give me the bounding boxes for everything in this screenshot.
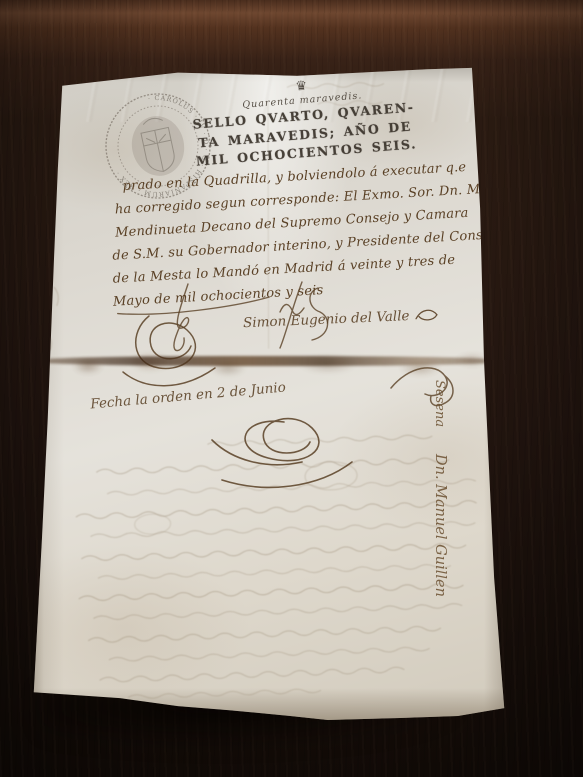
manuscript-page: · CAROLUS · IV · D · G · HISPANIARUM · R… [28,58,510,720]
docket-rubric-flourish [206,396,358,498]
margin-signature: Dn. Manuel Guillen [432,454,448,704]
signature-flourish [413,306,440,323]
fold-right-flourish [385,354,463,410]
table-surface: { "manuscript": { "tax_stamp": { "crown_… [0,0,583,777]
